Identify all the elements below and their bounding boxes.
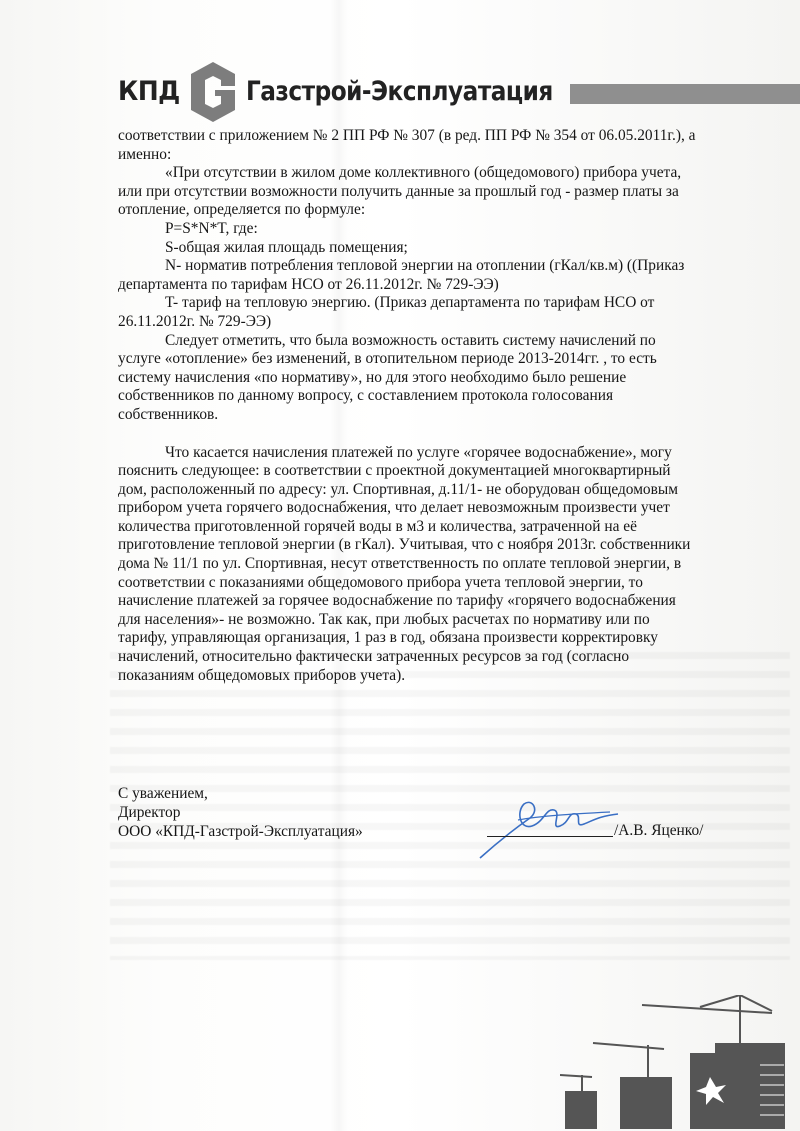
- construction-cranes-icon: [560, 995, 800, 1131]
- letter-page: КПД Газстрой-Эксплуатация соответствии с…: [0, 0, 800, 1131]
- formula-def-t: T- тариф на тепловую энергию. (Приказ де…: [118, 294, 698, 331]
- formula-def-n: N- норматив потребления тепловой энергии…: [118, 257, 698, 294]
- salutation: С уважением,: [118, 784, 363, 803]
- signer-position: Директор: [118, 803, 363, 822]
- signer-name: /А.В. Яценко/: [614, 822, 703, 840]
- formula: P=S*N*T, где:: [118, 220, 698, 239]
- paragraph-quote: «При отсутствии в жилом доме коллективно…: [118, 164, 698, 220]
- paragraph-gap: [118, 425, 698, 444]
- paragraph-heating: Следует отметить, что была возможность о…: [118, 332, 698, 425]
- logo-prefix: КПД: [118, 76, 180, 107]
- letter-body: соответствии с приложением № 2 ПП РФ № 3…: [118, 127, 698, 685]
- signature-line: [487, 836, 613, 837]
- organization-name: ООО «КПД-Газстрой-Эксплуатация»: [118, 822, 363, 841]
- letterhead-bar: [570, 84, 800, 104]
- closing-block: С уважением, Директор ООО «КПД-Газстрой-…: [118, 784, 363, 841]
- paragraph-intro: соответствии с приложением № 2 ПП РФ № 3…: [118, 127, 698, 164]
- paragraph-hot-water: Что касается начисления платежей по услу…: [118, 444, 698, 686]
- g-hexagon-logo-icon: [191, 62, 235, 122]
- handwritten-signature: [470, 790, 620, 860]
- letterhead: КПД Газстрой-Эксплуатация: [118, 62, 798, 116]
- formula-def-s: S-общая жилая площадь помещения;: [118, 239, 698, 258]
- company-name: Газстрой-Эксплуатация: [246, 76, 553, 107]
